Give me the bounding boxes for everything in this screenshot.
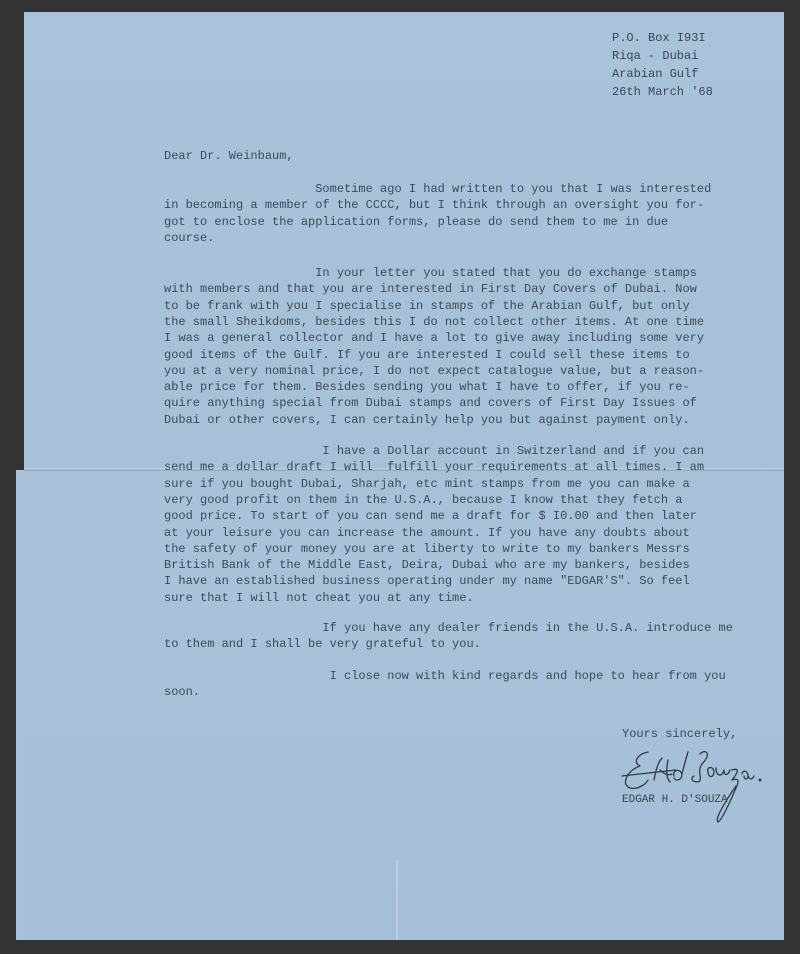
body-line: soon.: [164, 684, 200, 700]
body-line: the safety of your money you are at libe…: [164, 541, 690, 557]
body-line: to be frank with you I specialise in sta…: [164, 298, 690, 314]
address-line: Riqa - Dubai: [612, 48, 698, 64]
address-line: P.O. Box I93I: [612, 30, 706, 46]
handwritten-signature: [618, 740, 768, 825]
typed-signature-name: EDGAR H. D'SOUZA: [622, 792, 728, 808]
body-line: If you have any dealer friends in the U.…: [164, 620, 733, 636]
body-line: to them and I shall be very grateful to …: [164, 636, 481, 652]
paper-fold-vertical: [396, 860, 398, 940]
body-line: with members and that you are interested…: [164, 281, 697, 297]
body-line: in becoming a member of the CCCC, but I …: [164, 197, 704, 213]
body-line: Dubai or other covers, I can certainly h…: [164, 412, 690, 428]
body-line: at your leisure you can increase the amo…: [164, 525, 690, 541]
body-line: good items of the Gulf. If you are inter…: [164, 347, 690, 363]
body-line: Sometime ago I had written to you that I…: [164, 181, 711, 197]
body-line: you at a very nominal price, I do not ex…: [164, 363, 704, 379]
body-line: I have a Dollar account in Switzerland a…: [164, 443, 704, 459]
address-line: Arabian Gulf: [612, 66, 698, 82]
body-line: In your letter you stated that you do ex…: [164, 265, 697, 281]
salutation: Dear Dr. Weinbaum,: [164, 148, 294, 164]
body-line: very good profit on them in the U.S.A., …: [164, 492, 682, 508]
body-line: I was a general collector and I have a l…: [164, 330, 704, 346]
body-line: British Bank of the Middle East, Deira, …: [164, 557, 690, 573]
letter-page-edge: [16, 470, 24, 940]
body-line: sure if you bought Dubai, Sharjah, etc m…: [164, 476, 690, 492]
body-line: able price for them. Besides sending you…: [164, 379, 690, 395]
letter-date: 26th March '68: [612, 84, 713, 100]
body-line: send me a dollar draft I will fulfill yo…: [164, 459, 704, 475]
body-line: I close now with kind regards and hope t…: [164, 668, 726, 684]
body-line: the small Sheikdoms, besides this I do n…: [164, 314, 704, 330]
body-line: good price. To start of you can send me …: [164, 508, 697, 524]
body-line: quire anything special from Dubai stamps…: [164, 395, 697, 411]
body-line: sure that I will not cheat you at any ti…: [164, 590, 474, 606]
body-line: course.: [164, 230, 214, 246]
body-line: I have an established business operating…: [164, 573, 690, 589]
body-line: got to enclose the application forms, pl…: [164, 214, 668, 230]
